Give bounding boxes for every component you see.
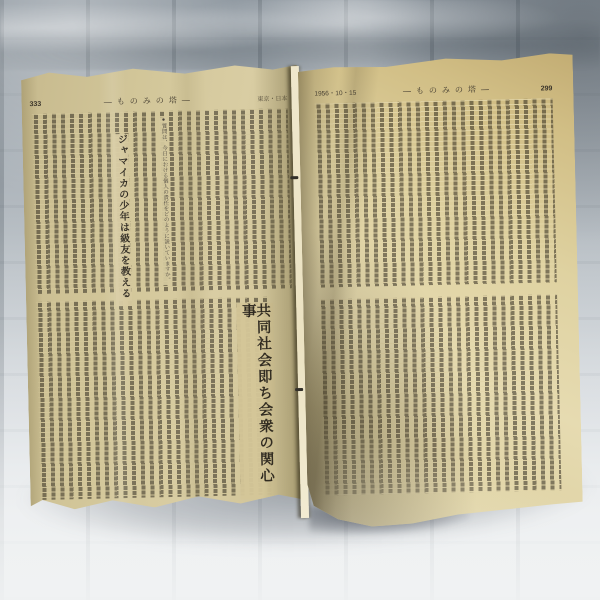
staple-top [290,176,298,179]
right-page-number: 299 [541,85,553,92]
edition-note: 東京・日本 [257,93,287,103]
section-headline: 共同社会即ち会衆の関心事 [236,303,277,500]
magazine-spread: 333 ―ものみの塔― 東京・日本 ●質問は、今日における個人の責任をどのように… [21,50,584,542]
photo-background: 333 ―ものみの塔― 東京・日本 ●質問は、今日における個人の責任をどのように… [0,0,600,600]
left-running-title: ―ものみの塔― [41,93,257,109]
right-running-head: 1956・10・15 ―ものみの塔― 299 [314,82,552,98]
staple-bottom [295,388,303,391]
left-running-head: 333 ―ものみの塔― 東京・日本 [29,92,287,109]
left-page: 333 ―ものみの塔― 東京・日本 ●質問は、今日における個人の責任をどのように… [21,56,307,518]
left-page-number: 333 [30,101,42,108]
right-top-text-columns [315,98,557,287]
right-page: 1956・10・15 ―ものみの塔― 299 [298,50,584,534]
right-bottom-text-columns [319,294,561,495]
issue-date: 1956・10・15 [314,88,356,98]
right-running-title: ―ものみの塔― [356,83,541,98]
